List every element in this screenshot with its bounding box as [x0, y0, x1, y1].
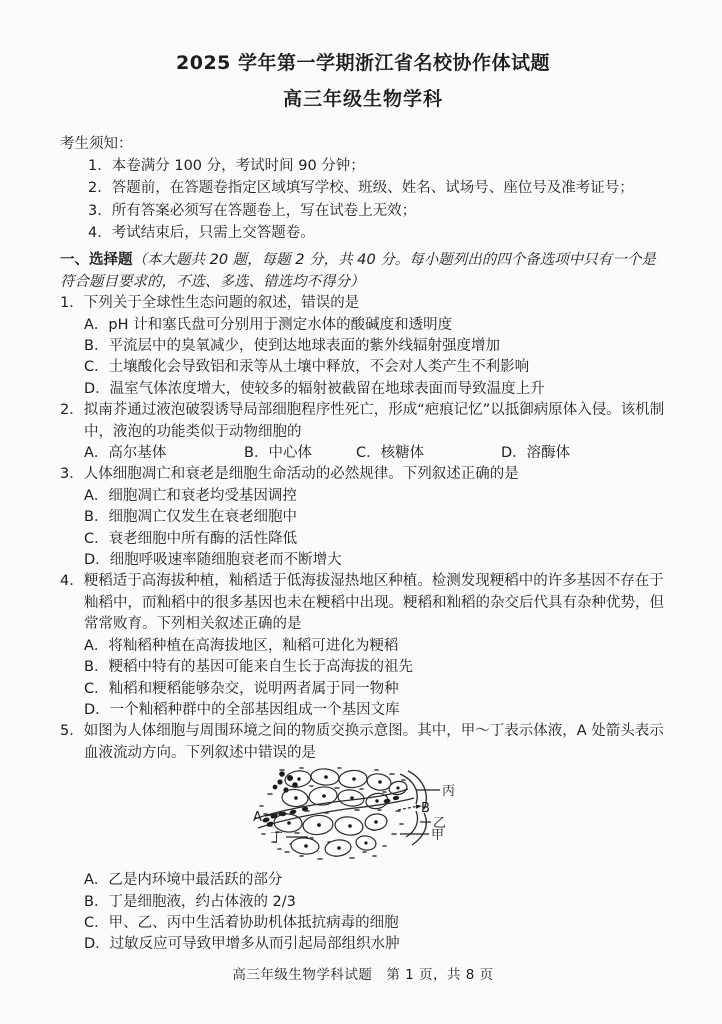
question-stem: 3．人体细胞凋亡和衰老是细胞生命活动的必然规律。下列叙述正确的是 [60, 464, 666, 485]
question-number: 4． [60, 573, 84, 589]
option: D．一个籼稻种群中的全部基因组成一个基因文库 [84, 700, 666, 721]
label-a: A [253, 810, 262, 825]
question-5-figure: A B 丙 乙 甲 丁 [250, 766, 666, 866]
option: D．溶酶体 [501, 443, 570, 464]
notice-item-text: 考试结束后，只需上交答题卷。 [112, 225, 315, 241]
option: B．细胞凋亡仅发生在衰老细胞中 [84, 507, 666, 528]
question-3: 3．人体细胞凋亡和衰老是细胞生命活动的必然规律。下列叙述正确的是 A．细胞凋亡和… [60, 464, 666, 571]
label-jia: 甲 [431, 828, 444, 843]
notice-item-num: 3． [88, 203, 112, 219]
option: B．丁是细胞液，约占体液的 2/3 [84, 892, 666, 913]
question-stem: 1．下列关于全球性生态问题的叙述，错误的是 [60, 293, 666, 314]
section-note: （本大题共 20 题，每题 2 分，共 40 分。每小题列出的四个备选项中只有一… [60, 252, 656, 290]
question-text: 粳稻适于高海拔种植，籼稻适于低海拔湿热地区种植。检测发现粳稻中的许多基因不存在于… [84, 573, 664, 632]
question-5: 5．如图为人体细胞与周围环境之间的物质交换示意图。其中，甲～丁表示体液，A 处箭… [60, 721, 666, 955]
option: A．pH 计和塞氏盘可分别用于测定水体的酸碱度和透明度 [84, 315, 666, 336]
option: A．乙是内环境中最活跃的部分 [84, 870, 666, 891]
option: D．细胞呼吸速率随细胞衰老而不断增大 [84, 550, 666, 571]
exam-subtitle: 高三年级生物学科 [60, 86, 666, 113]
notice-item: 4．考试结束后，只需上交答题卷。 [88, 222, 666, 244]
question-stem: 5．如图为人体细胞与周围环境之间的物质交换示意图。其中，甲～丁表示体液，A 处箭… [60, 721, 666, 764]
question-text: 如图为人体细胞与周围环境之间的物质交换示意图。其中，甲～丁表示体液，A 处箭头表… [84, 723, 664, 760]
candidate-notice: 考生须知： 1．本卷满分 100 分，考试时间 90 分钟； 2．答题前，在答题… [60, 133, 666, 244]
label-bing: 丙 [442, 784, 455, 799]
exam-title: 2025 学年第一学期浙江省名校协作体试题 [60, 50, 666, 77]
option: B．粳稻中特有的基因可能来自生长于高海拔的祖先 [84, 657, 666, 678]
option: A．细胞凋亡和衰老均受基因调控 [84, 486, 666, 507]
option-row: A．高尔基体B．中心体C．核糖体D．溶酶体 [84, 443, 666, 464]
option: D．过敏反应可导致甲增多从而引起局部组织水肿 [84, 934, 666, 955]
option: C．甲、乙、丙中生活着协助机体抵抗病毒的细胞 [84, 913, 666, 934]
section-title: 一、选择题 [60, 252, 133, 268]
question-number: 3． [60, 466, 84, 482]
question-text: 人体细胞凋亡和衰老是细胞生命活动的必然规律。下列叙述正确的是 [84, 466, 519, 482]
question-text: 下列关于全球性生态问题的叙述，错误的是 [84, 295, 360, 311]
option: A．将籼稻种植在高海拔地区，籼稻可进化为粳稻 [84, 636, 666, 657]
question-4: 4．粳稻适于高海拔种植，籼稻适于低海拔湿热地区种植。检测发现粳稻中的许多基因不存… [60, 571, 666, 721]
notice-item-text: 所有答案必须写在答题卷上，写在试卷上无效； [112, 203, 417, 219]
question-stem: 2．拟南芥通过液泡破裂诱导局部细胞程序性死亡，形成“疤痕记忆”以抵御病原体入侵。… [60, 400, 666, 443]
question-number: 1． [60, 295, 84, 311]
question-text: 拟南芥通过液泡破裂诱导局部细胞程序性死亡，形成“疤痕记忆”以抵御病原体入侵。该机… [84, 402, 665, 439]
exam-page: 2025 学年第一学期浙江省名校协作体试题 高三年级生物学科 考生须知： 1．本… [0, 0, 722, 984]
label-ding: 丁 [270, 831, 283, 846]
option: C．籼稻和粳稻能够杂交，说明两者属于同一物种 [84, 679, 666, 700]
section-heading: 一、选择题（本大题共 20 题，每题 2 分，共 40 分。每小题列出的四个备选… [60, 250, 666, 293]
option: D．温室气体浓度增大，使较多的辐射被截留在地球表面而导致温度上升 [84, 379, 666, 400]
question-2: 2．拟南芥通过液泡破裂诱导局部细胞程序性死亡，形成“疤痕记忆”以抵御病原体入侵。… [60, 400, 666, 464]
option: B．中心体 [244, 443, 356, 464]
option: C．核糖体 [356, 443, 501, 464]
notice-item-text: 答题前，在答题卷指定区域填写学校、班级、姓名、试场号、座位号及准考证号； [112, 180, 634, 196]
notice-item-num: 4． [88, 225, 112, 241]
material-exchange-figure: A B 丙 乙 甲 丁 [250, 766, 462, 866]
option: B．平流层中的臭氧减少，使到达地球表面的紫外线辐射强度增加 [84, 336, 666, 357]
notice-item-num: 2． [88, 180, 112, 196]
page-footer: 高三年级生物学科试题 第 1 页，共 8 页 [60, 966, 666, 984]
notice-item: 1．本卷满分 100 分，考试时间 90 分钟； [88, 155, 666, 177]
notice-item: 3．所有答案必须写在答题卷上，写在试卷上无效； [88, 200, 666, 222]
question-number: 5． [60, 723, 84, 739]
option: C．土壤酸化会导致铝和汞等从土壤中释放，不会对人类产生不利影响 [84, 357, 666, 378]
question-number: 2． [60, 402, 84, 418]
notice-item-text: 本卷满分 100 分，考试时间 90 分钟； [112, 158, 365, 174]
option: A．高尔基体 [84, 443, 244, 464]
notice-heading: 考生须知： [60, 133, 666, 155]
label-b: B [421, 801, 430, 816]
option: C．衰老细胞中所有酶的活性降低 [84, 529, 666, 550]
question-stem: 4．粳稻适于高海拔种植，籼稻适于低海拔湿热地区种植。检测发现粳稻中的许多基因不存… [60, 571, 666, 635]
notice-item-num: 1． [88, 158, 112, 174]
question-1: 1．下列关于全球性生态问题的叙述，错误的是 A．pH 计和塞氏盘可分别用于测定水… [60, 293, 666, 400]
notice-item: 2．答题前，在答题卷指定区域填写学校、班级、姓名、试场号、座位号及准考证号； [88, 177, 666, 199]
